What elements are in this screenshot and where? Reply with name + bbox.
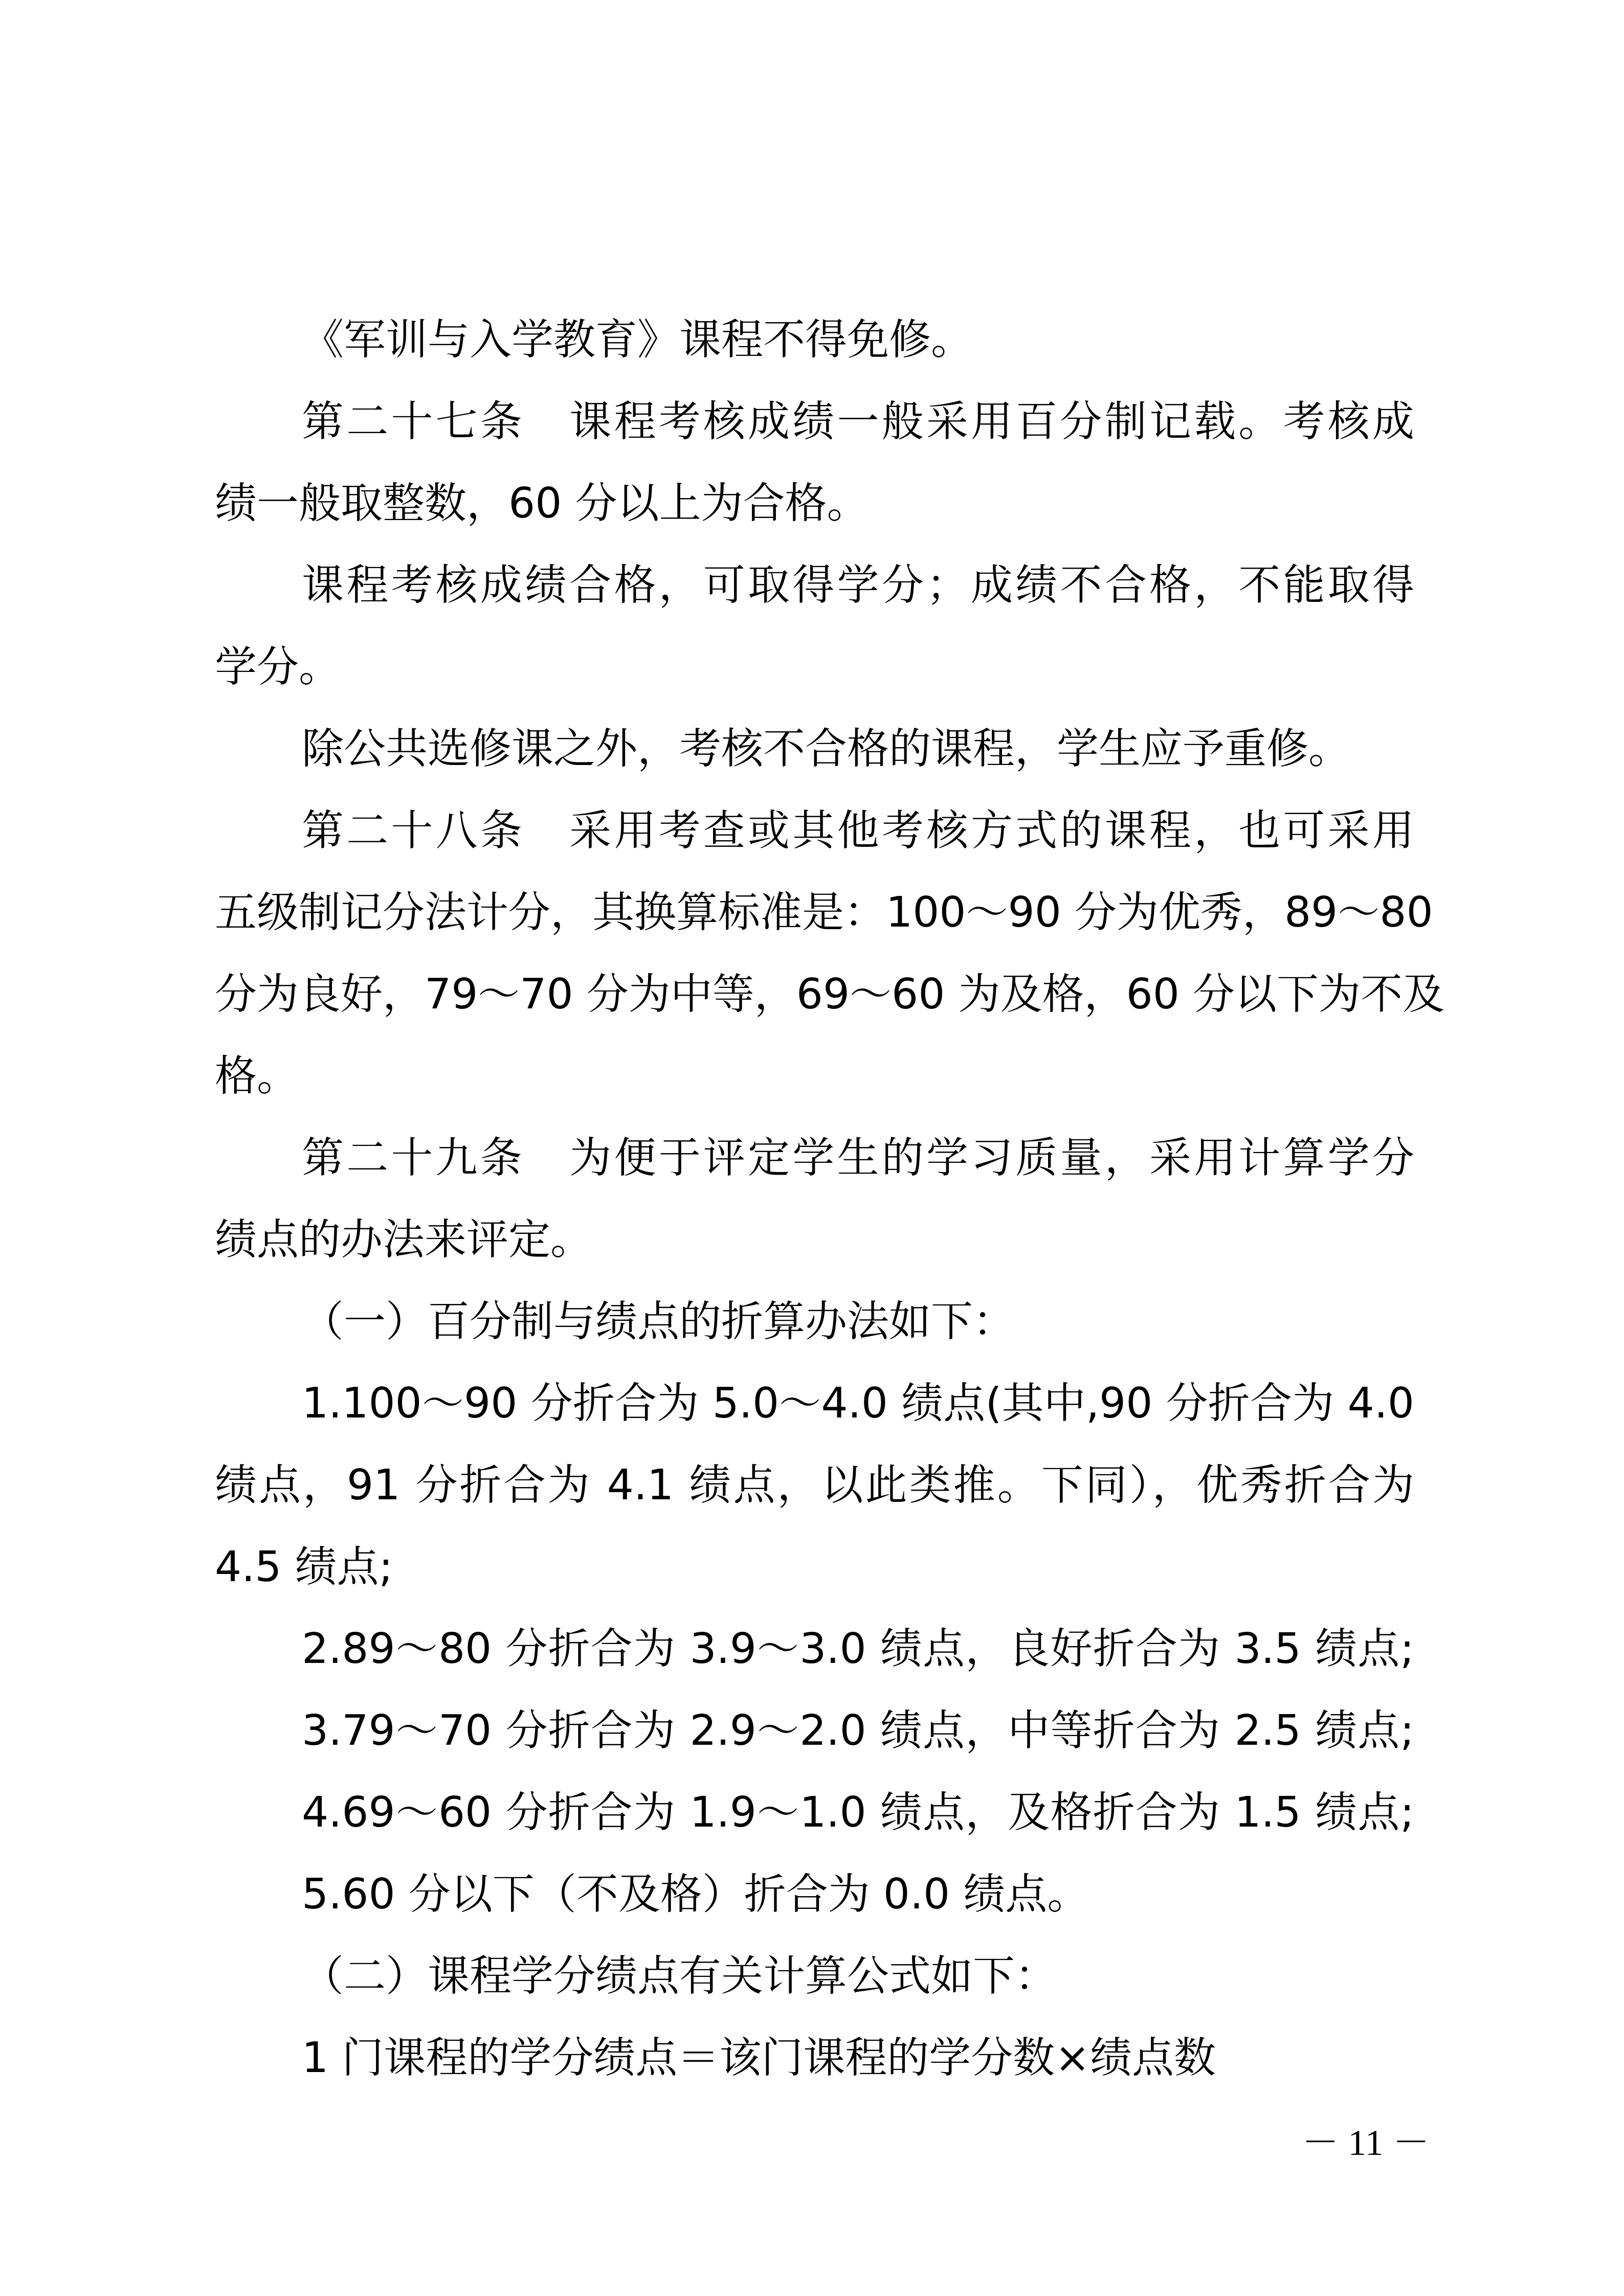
article-29-line-1: 第二十九条 为便于评定学生的学习质量，采用计算学分 [302, 1116, 1414, 1200]
article-29-line-2: 绩点的办法来评定。 [215, 1198, 1414, 1281]
credit-pass-line-1: 课程考核成绩合格，可取得学分；成绩不合格，不能取得 [302, 544, 1414, 627]
text-line-military-training-note: 《军训与入学教育》课程不得免修。 [302, 298, 1414, 381]
gpa-rule-1-line-1: 1.100～90 分折合为 5.0～4.0 绩点(其中,90 分折合为 4.0 [302, 1362, 1414, 1445]
article-27-line-2: 绩一般取整数，60 分以上为合格。 [215, 462, 1414, 545]
page-number: － 11 － [1289, 2117, 1442, 2168]
article-28-line-2: 五级制记分法计分，其换算标准是：100～90 分为优秀，89～80 [215, 871, 1414, 954]
article-27-line-1: 第二十七条 课程考核成绩一般采用百分制记载。考核成 [302, 380, 1414, 463]
article-28-line-1: 第二十八条 采用考查或其他考核方式的课程，也可采用 [302, 789, 1414, 872]
gpa-rule-5: 5.60 分以下（不及格）折合为 0.0 绩点。 [302, 1853, 1414, 1936]
gpa-rule-2: 2.89～80 分折合为 3.9～3.0 绩点，良好折合为 3.5 绩点; [302, 1607, 1414, 1691]
course-credit-gpa-formula: 1 门课程的学分绩点＝该门课程的学分数×绩点数 [302, 2016, 1414, 2100]
section-1-heading: （一）百分制与绩点的折算办法如下： [302, 1280, 1414, 1363]
document-page: 《军训与入学教育》课程不得免修。 第二十七条 课程考核成绩一般采用百分制记载。考… [0, 0, 1624, 2296]
gpa-rule-3: 3.79～70 分折合为 2.9～2.0 绩点，中等折合为 2.5 绩点; [302, 1689, 1414, 1772]
retake-rule-line: 除公共选修课之外，考核不合格的课程，学生应予重修。 [302, 707, 1414, 791]
section-2-heading: （二）课程学分绩点有关计算公式如下： [302, 1934, 1414, 2018]
credit-pass-line-2: 学分。 [215, 625, 1414, 709]
article-28-line-3: 分为良好，79～70 分为中等，69～60 为及格，60 分以下为不及 [215, 953, 1414, 1036]
gpa-rule-4: 4.69～60 分折合为 1.9～1.0 绩点，及格折合为 1.5 绩点; [302, 1771, 1414, 1854]
gpa-rule-1-line-3: 4.5 绩点; [215, 1525, 1414, 1609]
article-28-line-4: 格。 [215, 1034, 1414, 1118]
gpa-rule-1-line-2: 绩点，91 分折合为 4.1 绩点，以此类推。下同），优秀折合为 [215, 1444, 1414, 1527]
